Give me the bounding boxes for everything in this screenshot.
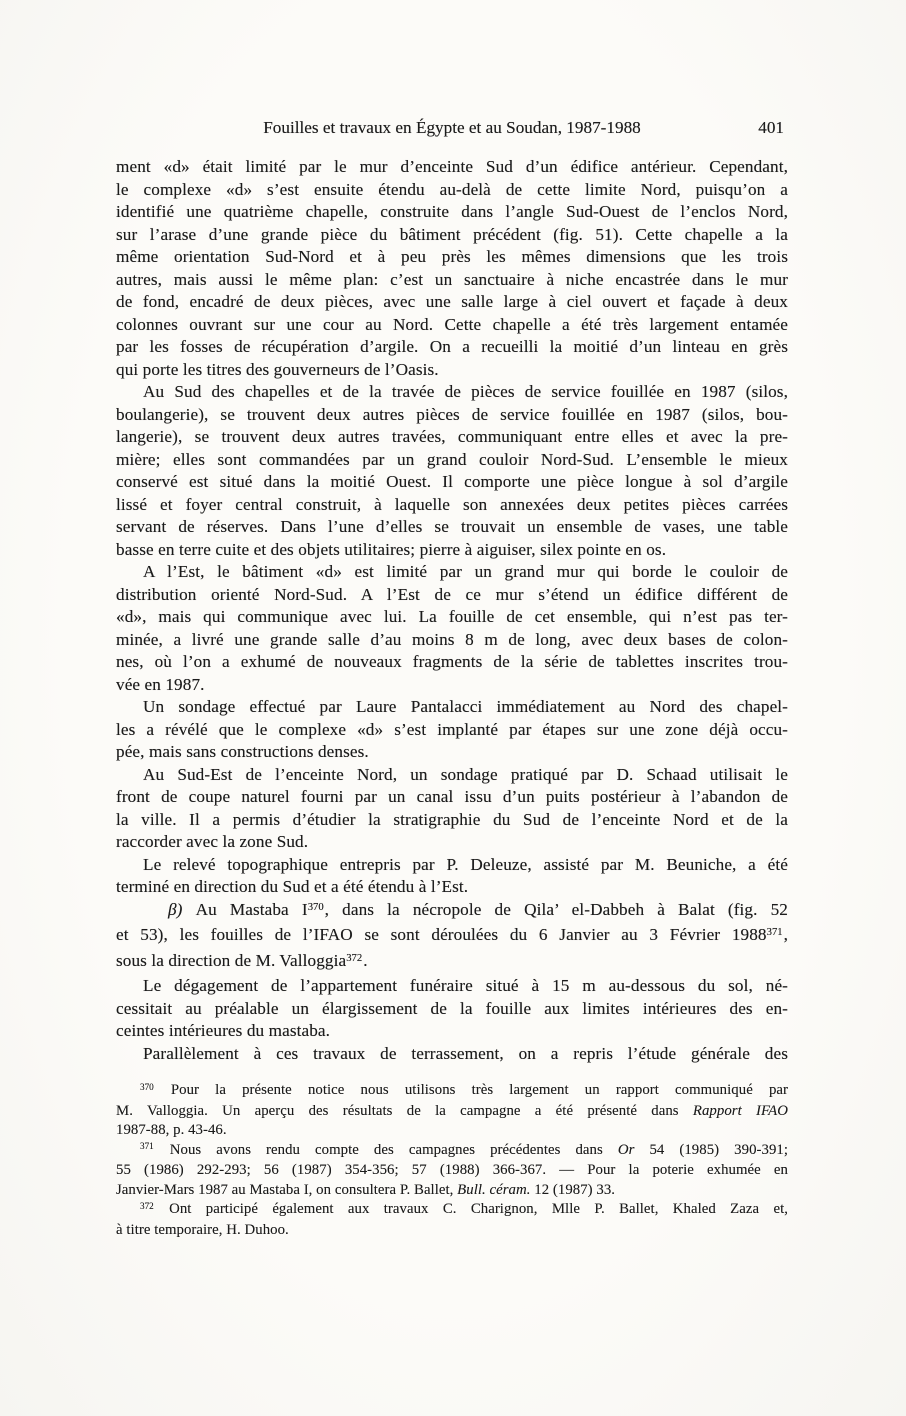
footnote: 372 Ont participé également aux travaux … bbox=[116, 1200, 788, 1240]
text-line: pée, mais sans constructions denses. bbox=[116, 741, 788, 764]
text-line: sur l’arase d’une grande pièce du bâtime… bbox=[116, 224, 788, 247]
text-line: β) Au Mastaba I370, dans la nécropole de… bbox=[116, 899, 788, 925]
paragraph: Au Sud des chapelles et de la travée de … bbox=[116, 381, 788, 561]
text-line: de fond, encadré de deux pièces, avec un… bbox=[116, 291, 788, 314]
text-line: 1987-88, p. 43-46. bbox=[116, 1121, 788, 1141]
text-line: 55 (1986) 292-293; 56 (1987) 354-356; 57… bbox=[116, 1161, 788, 1181]
text-line: 370 Pour la présente notice nous utiliso… bbox=[116, 1081, 788, 1102]
text-line: 371 Nous avons rendu compte des campagne… bbox=[116, 1141, 788, 1162]
text-line: mière; elles sont commandées par un gran… bbox=[116, 449, 788, 472]
text-line: à titre temporaire, H. Duhoo. bbox=[116, 1221, 788, 1241]
text-line: identifié une quatrième chapelle, constr… bbox=[116, 201, 788, 224]
page-number: 401 bbox=[758, 117, 784, 139]
text-line: Janvier-Mars 1987 au Mastaba I, on consu… bbox=[116, 1181, 788, 1201]
text-line: langerie), se trouvent deux autres travé… bbox=[116, 426, 788, 449]
text-line: et 53), les fouilles de l’IFAO se sont d… bbox=[116, 924, 788, 950]
text-line: 372 Ont participé également aux travaux … bbox=[116, 1200, 788, 1221]
text-line: Le relevé topographique entrepris par P.… bbox=[116, 854, 788, 877]
text-line: front de coupe naturel fourni par un can… bbox=[116, 786, 788, 809]
paragraph: Parallèlement à ces travaux de terrassem… bbox=[116, 1043, 788, 1066]
paragraph: Le dégagement de l’appartement funéraire… bbox=[116, 975, 788, 1043]
paragraph: A l’Est, le bâtiment «d» est limité par … bbox=[116, 561, 788, 696]
text-line: la ville. Il a permis d’étudier la strat… bbox=[116, 809, 788, 832]
running-header-title: Fouilles et travaux en Égypte et au Soud… bbox=[116, 117, 788, 139]
text-line: par les fosses de récupération d’argile.… bbox=[116, 336, 788, 359]
paragraph: ment «d» était limité par le mur d’encei… bbox=[116, 156, 788, 381]
text-line: boulangerie), se trouvent deux autres pi… bbox=[116, 404, 788, 427]
text-line: raccorder avec la zone Sud. bbox=[116, 831, 788, 854]
text-line: qui porte les titres des gouverneurs de … bbox=[116, 359, 788, 382]
text-line: colonnes ouvrant sur une cour au Nord. C… bbox=[116, 314, 788, 337]
text-line: A l’Est, le bâtiment «d» est limité par … bbox=[116, 561, 788, 584]
text-line: le complexe «d» s’est ensuite étendu au-… bbox=[116, 179, 788, 202]
text-line: sous la direction de M. Valloggia372. bbox=[116, 950, 788, 976]
text-line: nes, où l’on a exhumé de nouveaux fragme… bbox=[116, 651, 788, 674]
text-line: basse en terre cuite et des objets utili… bbox=[116, 539, 788, 562]
text-line: autres, mais aussi le même plan: c’est u… bbox=[116, 269, 788, 292]
text-line: Le dégagement de l’appartement funéraire… bbox=[116, 975, 788, 998]
paragraph: β) Au Mastaba I370, dans la nécropole de… bbox=[116, 899, 788, 976]
paragraph: Le relevé topographique entrepris par P.… bbox=[116, 854, 788, 899]
paragraph: Au Sud-Est de l’enceinte Nord, un sondag… bbox=[116, 764, 788, 854]
text-line: lissé et foyer central construit, à laqu… bbox=[116, 494, 788, 517]
footnote: 370 Pour la présente notice nous utiliso… bbox=[116, 1081, 788, 1141]
paragraph: Un sondage effectué par Laure Pantalacci… bbox=[116, 696, 788, 764]
text-line: distribution orienté Nord-Sud. A l’Est d… bbox=[116, 584, 788, 607]
running-header: Fouilles et travaux en Égypte et au Soud… bbox=[116, 117, 788, 139]
text-line: Au Sud des chapelles et de la travée de … bbox=[116, 381, 788, 404]
scanned-page: Fouilles et travaux en Égypte et au Soud… bbox=[0, 0, 906, 1416]
text-line: ceintes intérieures du mastaba. bbox=[116, 1020, 788, 1043]
footnote: 371 Nous avons rendu compte des campagne… bbox=[116, 1141, 788, 1201]
text-line: Au Sud-Est de l’enceinte Nord, un sondag… bbox=[116, 764, 788, 787]
text-line: minée, a livré une grande salle d’au moi… bbox=[116, 629, 788, 652]
text-line: ment «d» était limité par le mur d’encei… bbox=[116, 156, 788, 179]
text-line: Un sondage effectué par Laure Pantalacci… bbox=[116, 696, 788, 719]
text-line: conservé est situé dans la moitié Ouest.… bbox=[116, 471, 788, 494]
text-line: M. Valloggia. Un aperçu des résultats de… bbox=[116, 1102, 788, 1122]
text-line: les a révélé que le complexe «d» s’est i… bbox=[116, 719, 788, 742]
body-text: ment «d» était limité par le mur d’encei… bbox=[116, 156, 788, 1065]
footnotes: 370 Pour la présente notice nous utiliso… bbox=[116, 1081, 788, 1240]
text-line: «d», mais qui communique avec lui. La fo… bbox=[116, 606, 788, 629]
text-line: vée en 1987. bbox=[116, 674, 788, 697]
text-line: terminé en direction du Sud et a été éte… bbox=[116, 876, 788, 899]
text-line: même orientation Sud-Nord et à peu près … bbox=[116, 246, 788, 269]
text-line: servant de réserves. Dans l’une d’elles … bbox=[116, 516, 788, 539]
text-line: cessitait au préalable un élargissement … bbox=[116, 998, 788, 1021]
text-line: Parallèlement à ces travaux de terrassem… bbox=[116, 1043, 788, 1066]
